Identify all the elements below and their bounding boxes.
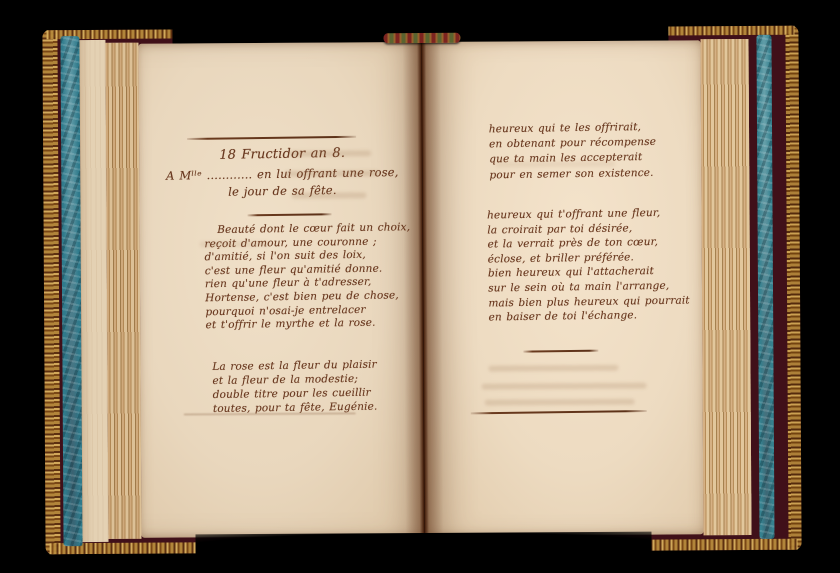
poem-dedication-line2: le jour de sa fête. (157, 182, 407, 200)
headband (383, 33, 460, 43)
poem-line: pour en semer son existence. (489, 165, 656, 183)
left-stanza-1: Beauté dont le cœur fait un choix, reçoi… (204, 221, 412, 333)
fore-edge-left (79, 40, 108, 542)
header-rule (187, 136, 356, 140)
bleed-through-line (289, 150, 371, 157)
left-page: 18 Fructidor an 8. A Mˡˡᵉ ............ e… (138, 42, 427, 538)
right-stanza-1: heureux qui te les offrirait, en obtenan… (489, 120, 657, 183)
bleed-through-line (485, 399, 635, 406)
poem-line: et t'offrir le myrthe et la rose. (206, 316, 412, 333)
bleed-through-line (284, 170, 379, 177)
stanza-divider-rule (523, 350, 598, 352)
book-gutter-shadow (402, 38, 443, 542)
poem-line: en baiser de toi l'échange. (489, 308, 691, 326)
bleed-through-line (495, 161, 615, 168)
footer-rule (471, 410, 647, 414)
bleed-through-line (482, 383, 647, 390)
bleed-through-line (488, 365, 618, 372)
photo-backdrop: 18 Fructidor an 8. A Mˡˡᵉ ............ e… (0, 0, 840, 573)
bleed-through-line (291, 192, 366, 198)
open-manuscript-book: 18 Fructidor an 8. A Mˡˡᵉ ............ e… (42, 26, 801, 555)
right-page: heureux qui te les offrirait, en obtenan… (424, 40, 703, 536)
gold-tooling-border-right (785, 26, 801, 550)
title-divider-rule (248, 213, 332, 216)
marbled-endpaper-right (756, 35, 774, 539)
bleed-through-line (200, 241, 270, 247)
right-stanza-2: heureux qui t'offrant une fleur, la croi… (487, 205, 690, 325)
page-edges-left (105, 43, 141, 539)
poem-line: heureux qui t'offrant une fleur, (487, 205, 689, 223)
page-edges-right (700, 39, 751, 535)
shadow-bottom-edge (195, 532, 651, 555)
left-stanza-2: La rose est la fleur du plaisir et la fl… (212, 358, 377, 416)
gold-tooling-border-left (42, 30, 60, 554)
